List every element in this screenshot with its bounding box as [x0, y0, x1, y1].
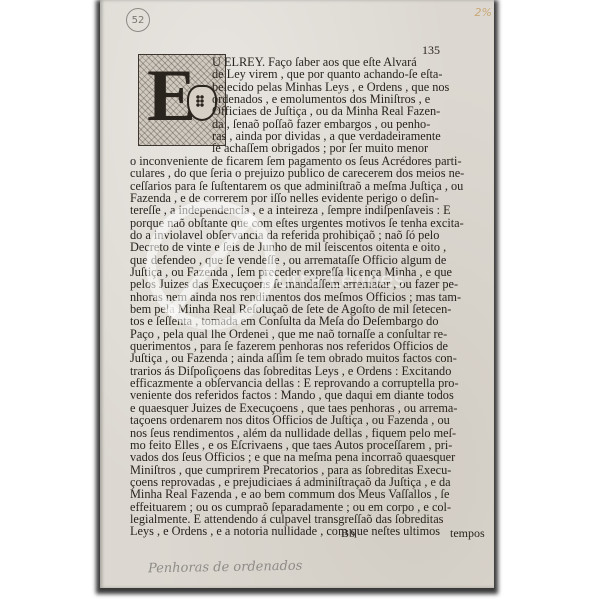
- text-line: Leys , e Ordens , e a notoria nullidade …: [130, 523, 478, 540]
- archive-number-circle: 52: [126, 8, 150, 32]
- document-page: 52 2% 135 E U ELREY. Faço ſaber aos que …: [100, 0, 494, 588]
- watermark-logo-icon: [146, 200, 276, 330]
- catchword: tempos: [450, 526, 485, 541]
- corner-mark: 2%: [475, 6, 492, 19]
- signature-mark: Bb: [341, 526, 355, 541]
- watermark-text: Dutra Leiloes: [260, 270, 405, 292]
- pencil-annotation: Penhoras de ordenados: [148, 559, 303, 577]
